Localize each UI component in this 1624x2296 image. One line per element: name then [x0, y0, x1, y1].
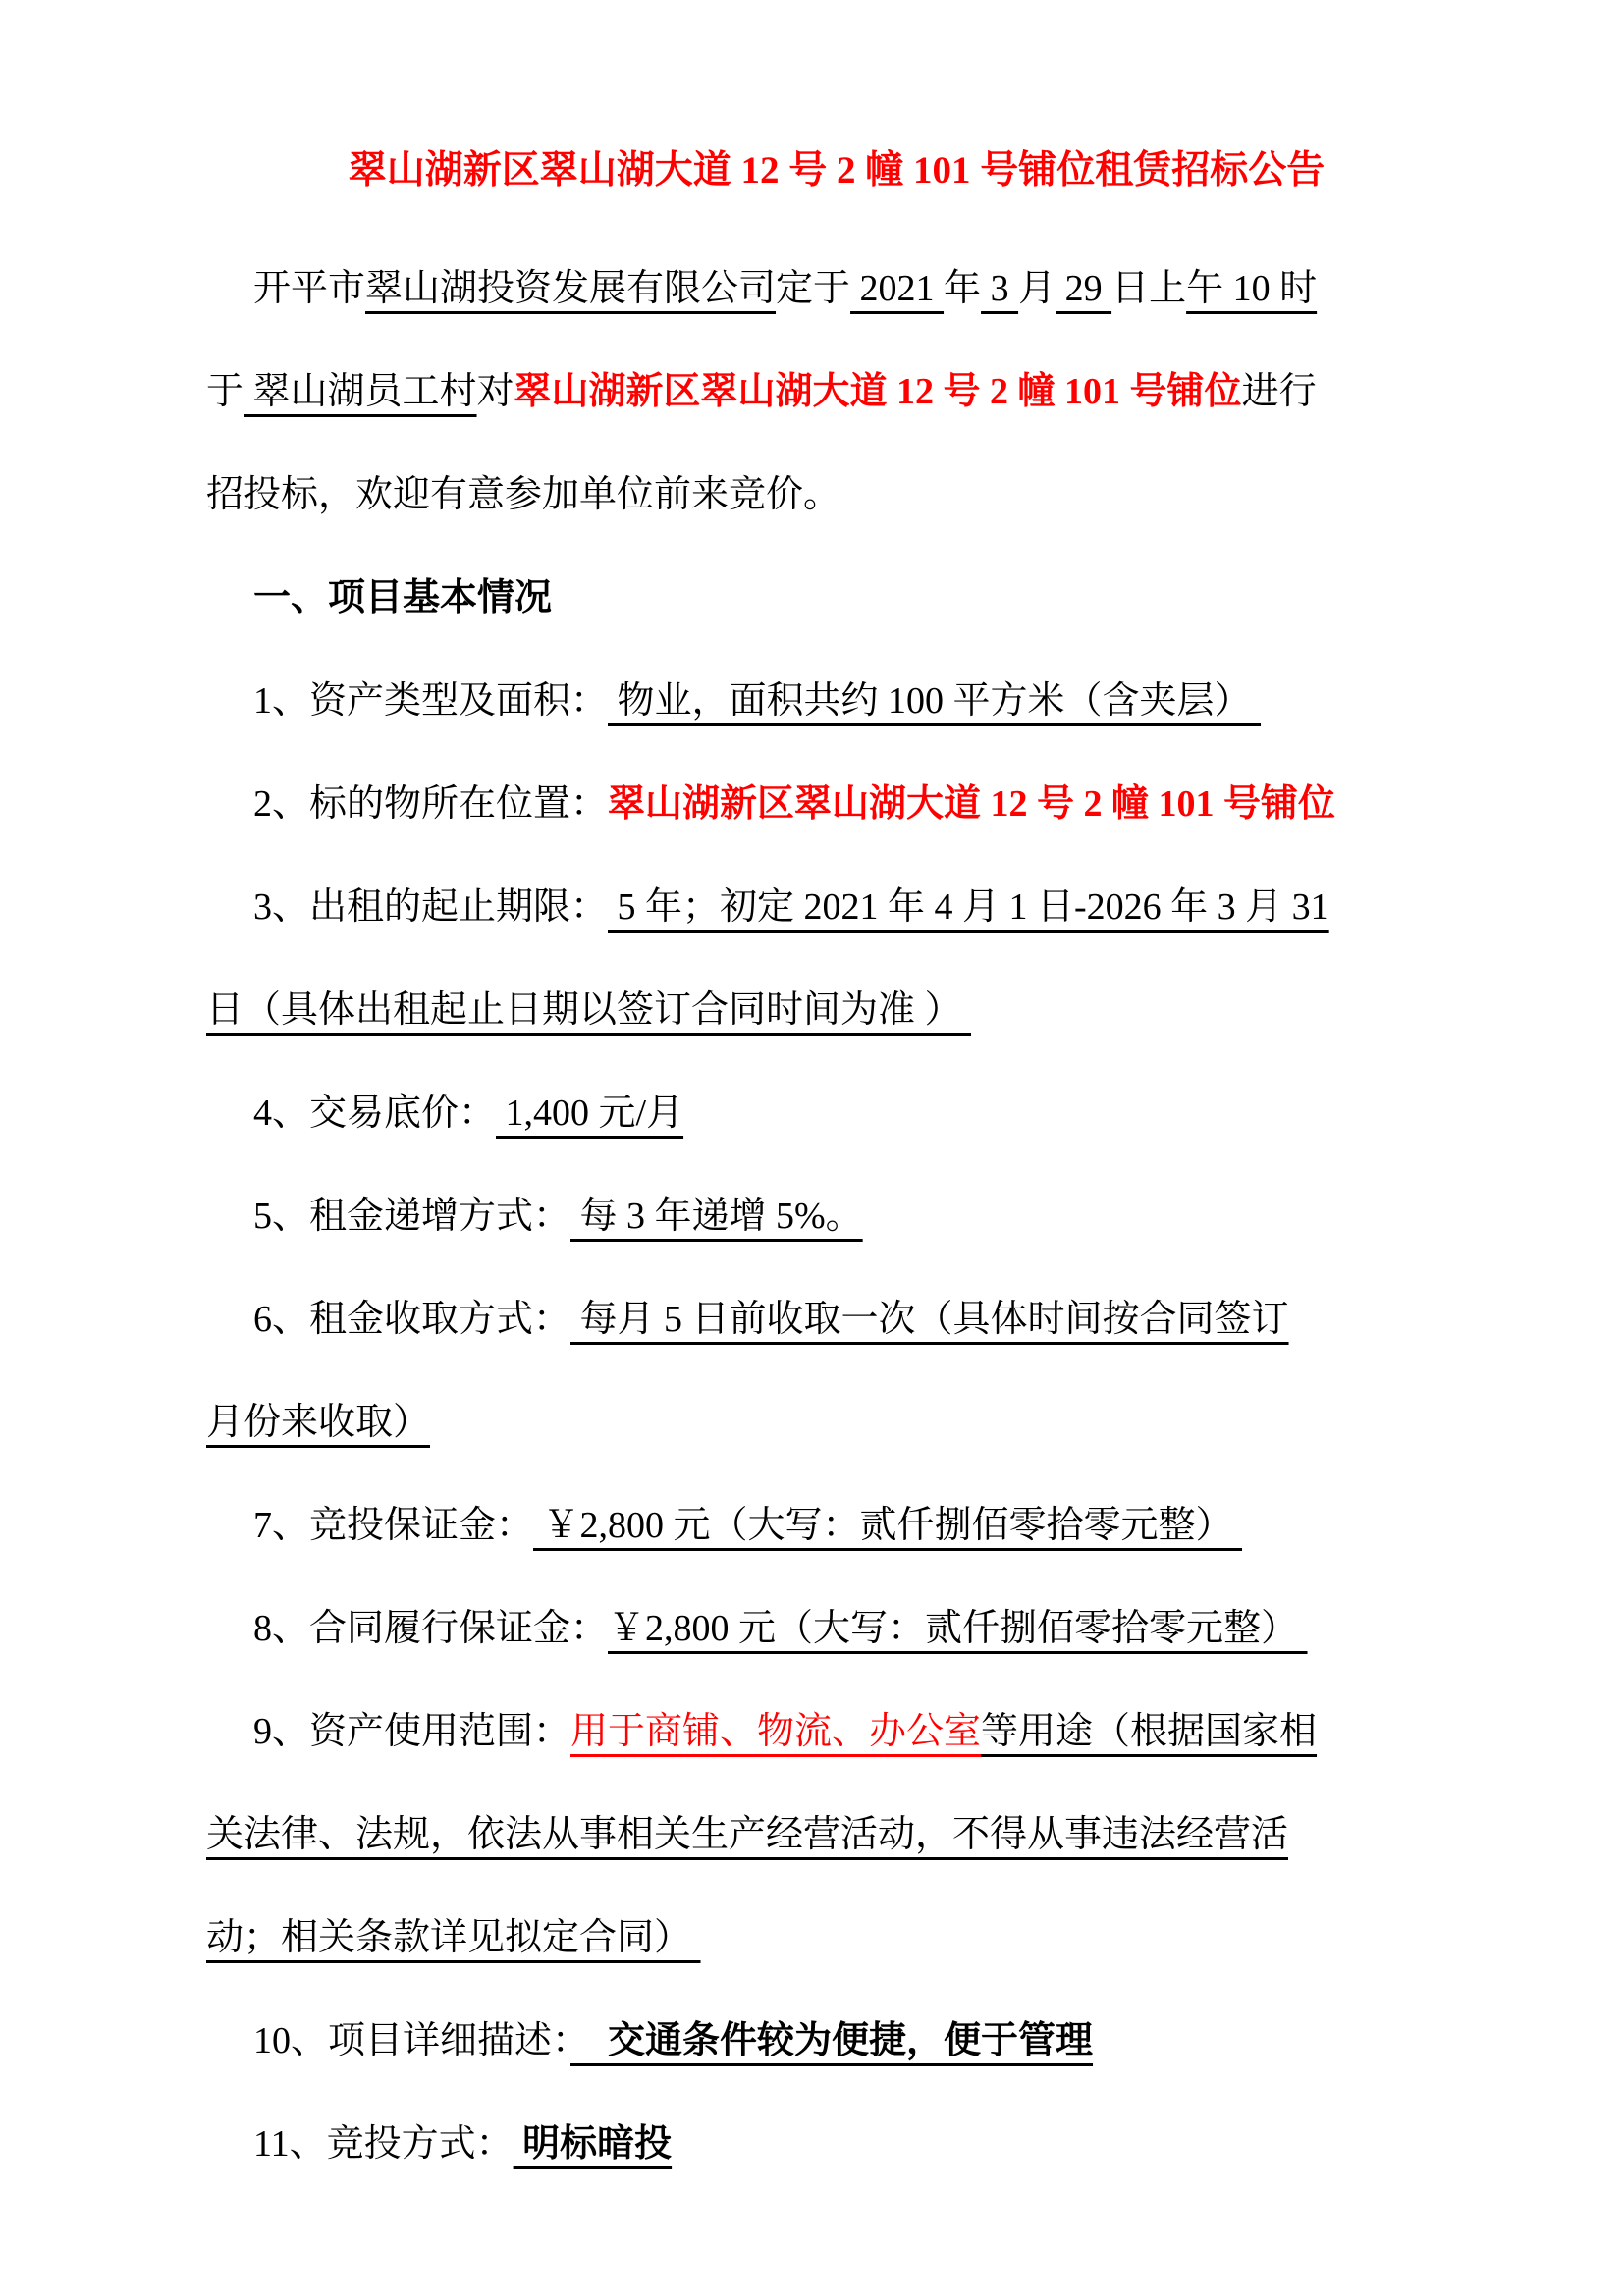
text-segment: 翠山湖新区翠山湖大道 12 号 2 幢 101 号铺位	[514, 371, 1242, 412]
item-1: 1、资产类型及面积： 物业，面积共约 100 平方米（含夹层）	[206, 650, 1467, 753]
item-6-line-2: 月份来收取）	[206, 1371, 1467, 1474]
document-page: 翠山湖新区翠山湖大道 12 号 2 幢 101 号铺位租赁招标公告 开平市翠山湖…	[0, 0, 1624, 2296]
text-segment: 4、交易底价：	[253, 1093, 496, 1134]
text-segment: 7、竞投保证金：	[253, 1505, 533, 1546]
section-heading: 一、项目基本情况	[206, 547, 1467, 650]
item-5: 5、租金递增方式： 每 3 年递增 5%。	[206, 1165, 1467, 1268]
item-7: 7、竞投保证金： ￥2,800 元（大写：贰仟捌佰零拾零元整）	[206, 1474, 1467, 1577]
item-9-line-1: 9、资产使用范围：用于商铺、物流、办公室等用途（根据国家相	[206, 1681, 1467, 1784]
text-segment: 午 10 时	[1186, 268, 1317, 309]
text-segment: ￥2,800 元（大写：贰仟捌佰零拾零元整）	[533, 1505, 1242, 1546]
document-title: 翠山湖新区翠山湖大道 12 号 2 幢 101 号铺位租赁招标公告	[206, 135, 1467, 206]
text-segment: 1、资产类型及面积：	[253, 680, 608, 721]
text-segment: 2021	[850, 268, 944, 309]
text-segment: 9、资产使用范围：	[253, 1711, 570, 1752]
text-segment: 每 3 年递增 5%。	[570, 1196, 863, 1237]
text-segment: 1,400 元/月	[496, 1093, 683, 1134]
text-segment: 翠山湖投资发展有限公司	[365, 268, 776, 309]
text-segment: 11、竞投方式：	[253, 2123, 514, 2164]
text-segment: 关法律、法规，依法从事相关生产经营活动，不得从事违法经营活	[206, 1814, 1288, 1855]
text-segment: 8、合同履行保证金：	[253, 1608, 608, 1649]
item-4: 4、交易底价： 1,400 元/月	[206, 1062, 1467, 1165]
intro-line-3: 招投标，欢迎有意参加单位前来竞价。	[206, 444, 1467, 547]
text-segment: 3、出租的起止期限：	[253, 886, 608, 928]
text-segment: 进行	[1242, 371, 1317, 412]
document-body: 开平市翠山湖投资发展有限公司定于 2021 年 3 月 29 日上午 10 时于…	[206, 238, 1467, 2196]
text-segment: 招投标，欢迎有意参加单位前来竞价。	[206, 474, 840, 515]
text-segment: 6、租金收取方式：	[253, 1299, 570, 1340]
text-segment: 月份来收取）	[206, 1402, 430, 1443]
text-segment: 10、项目详细描述：	[253, 2020, 570, 2061]
text-segment: 物业，面积共约 100 平方米（含夹层）	[608, 680, 1261, 721]
intro-line-2: 于 翠山湖员工村对翠山湖新区翠山湖大道 12 号 2 幢 101 号铺位进行	[206, 341, 1467, 444]
item-8: 8、合同履行保证金：￥2,800 元（大写：贰仟捌佰零拾零元整）	[206, 1577, 1467, 1681]
text-segment: 年	[944, 268, 981, 309]
text-segment: 用于商铺、物流、办公室	[570, 1711, 981, 1752]
text-segment: 每月 5 日前收取一次（具体时间按合同签订	[570, 1299, 1289, 1340]
text-segment: 于	[206, 371, 244, 412]
text-segment: 对	[477, 371, 514, 412]
item-9-line-3: 动；相关条款详见拟定合同）	[206, 1887, 1467, 1990]
text-segment: 动；相关条款详见拟定合同）	[206, 1917, 701, 1958]
text-segment: 月	[1018, 268, 1056, 309]
text-segment: 日上	[1111, 268, 1186, 309]
text-segment: 翠山湖新区翠山湖大道 12 号 2 幢 101 号铺位	[608, 783, 1335, 825]
text-segment: 5 年；初定 2021 年 4 月 1 日-2026 年 3 月 31	[608, 886, 1329, 928]
item-3-line-1: 3、出租的起止期限： 5 年；初定 2021 年 4 月 1 日-2026 年 …	[206, 856, 1467, 959]
text-segment: 29	[1056, 268, 1111, 309]
text-segment: 翠山湖员工村	[244, 371, 477, 412]
text-segment: 一、项目基本情况	[253, 577, 552, 618]
text-segment: 3	[981, 268, 1018, 309]
item-2: 2、标的物所在位置：翠山湖新区翠山湖大道 12 号 2 幢 101 号铺位	[206, 753, 1467, 856]
item-11: 11、竞投方式： 明标暗投	[206, 2093, 1467, 2196]
text-segment: 2、标的物所在位置：	[253, 783, 608, 825]
text-segment: 5、租金递增方式：	[253, 1196, 570, 1237]
item-9-line-2: 关法律、法规，依法从事相关生产经营活动，不得从事违法经营活	[206, 1784, 1467, 1887]
text-segment: 定于	[776, 268, 850, 309]
text-segment: 等用途（根据国家相	[981, 1711, 1317, 1752]
text-segment: 开平市	[253, 268, 365, 309]
text-segment: ￥2,800 元（大写：贰仟捌佰零拾零元整）	[608, 1608, 1308, 1649]
text-segment: 明标暗投	[514, 2123, 673, 2164]
text-segment: 日（具体出租起止日期以签订合同时间为准 ）	[206, 989, 971, 1031]
item-3-line-2: 日（具体出租起止日期以签订合同时间为准 ）	[206, 959, 1467, 1062]
item-6-line-1: 6、租金收取方式： 每月 5 日前收取一次（具体时间按合同签订	[206, 1268, 1467, 1371]
text-segment: 交通条件较为便捷，便于管理	[570, 2020, 1093, 2061]
intro-line-1: 开平市翠山湖投资发展有限公司定于 2021 年 3 月 29 日上午 10 时	[206, 238, 1467, 341]
item-10: 10、项目详细描述： 交通条件较为便捷，便于管理	[206, 1990, 1467, 2093]
